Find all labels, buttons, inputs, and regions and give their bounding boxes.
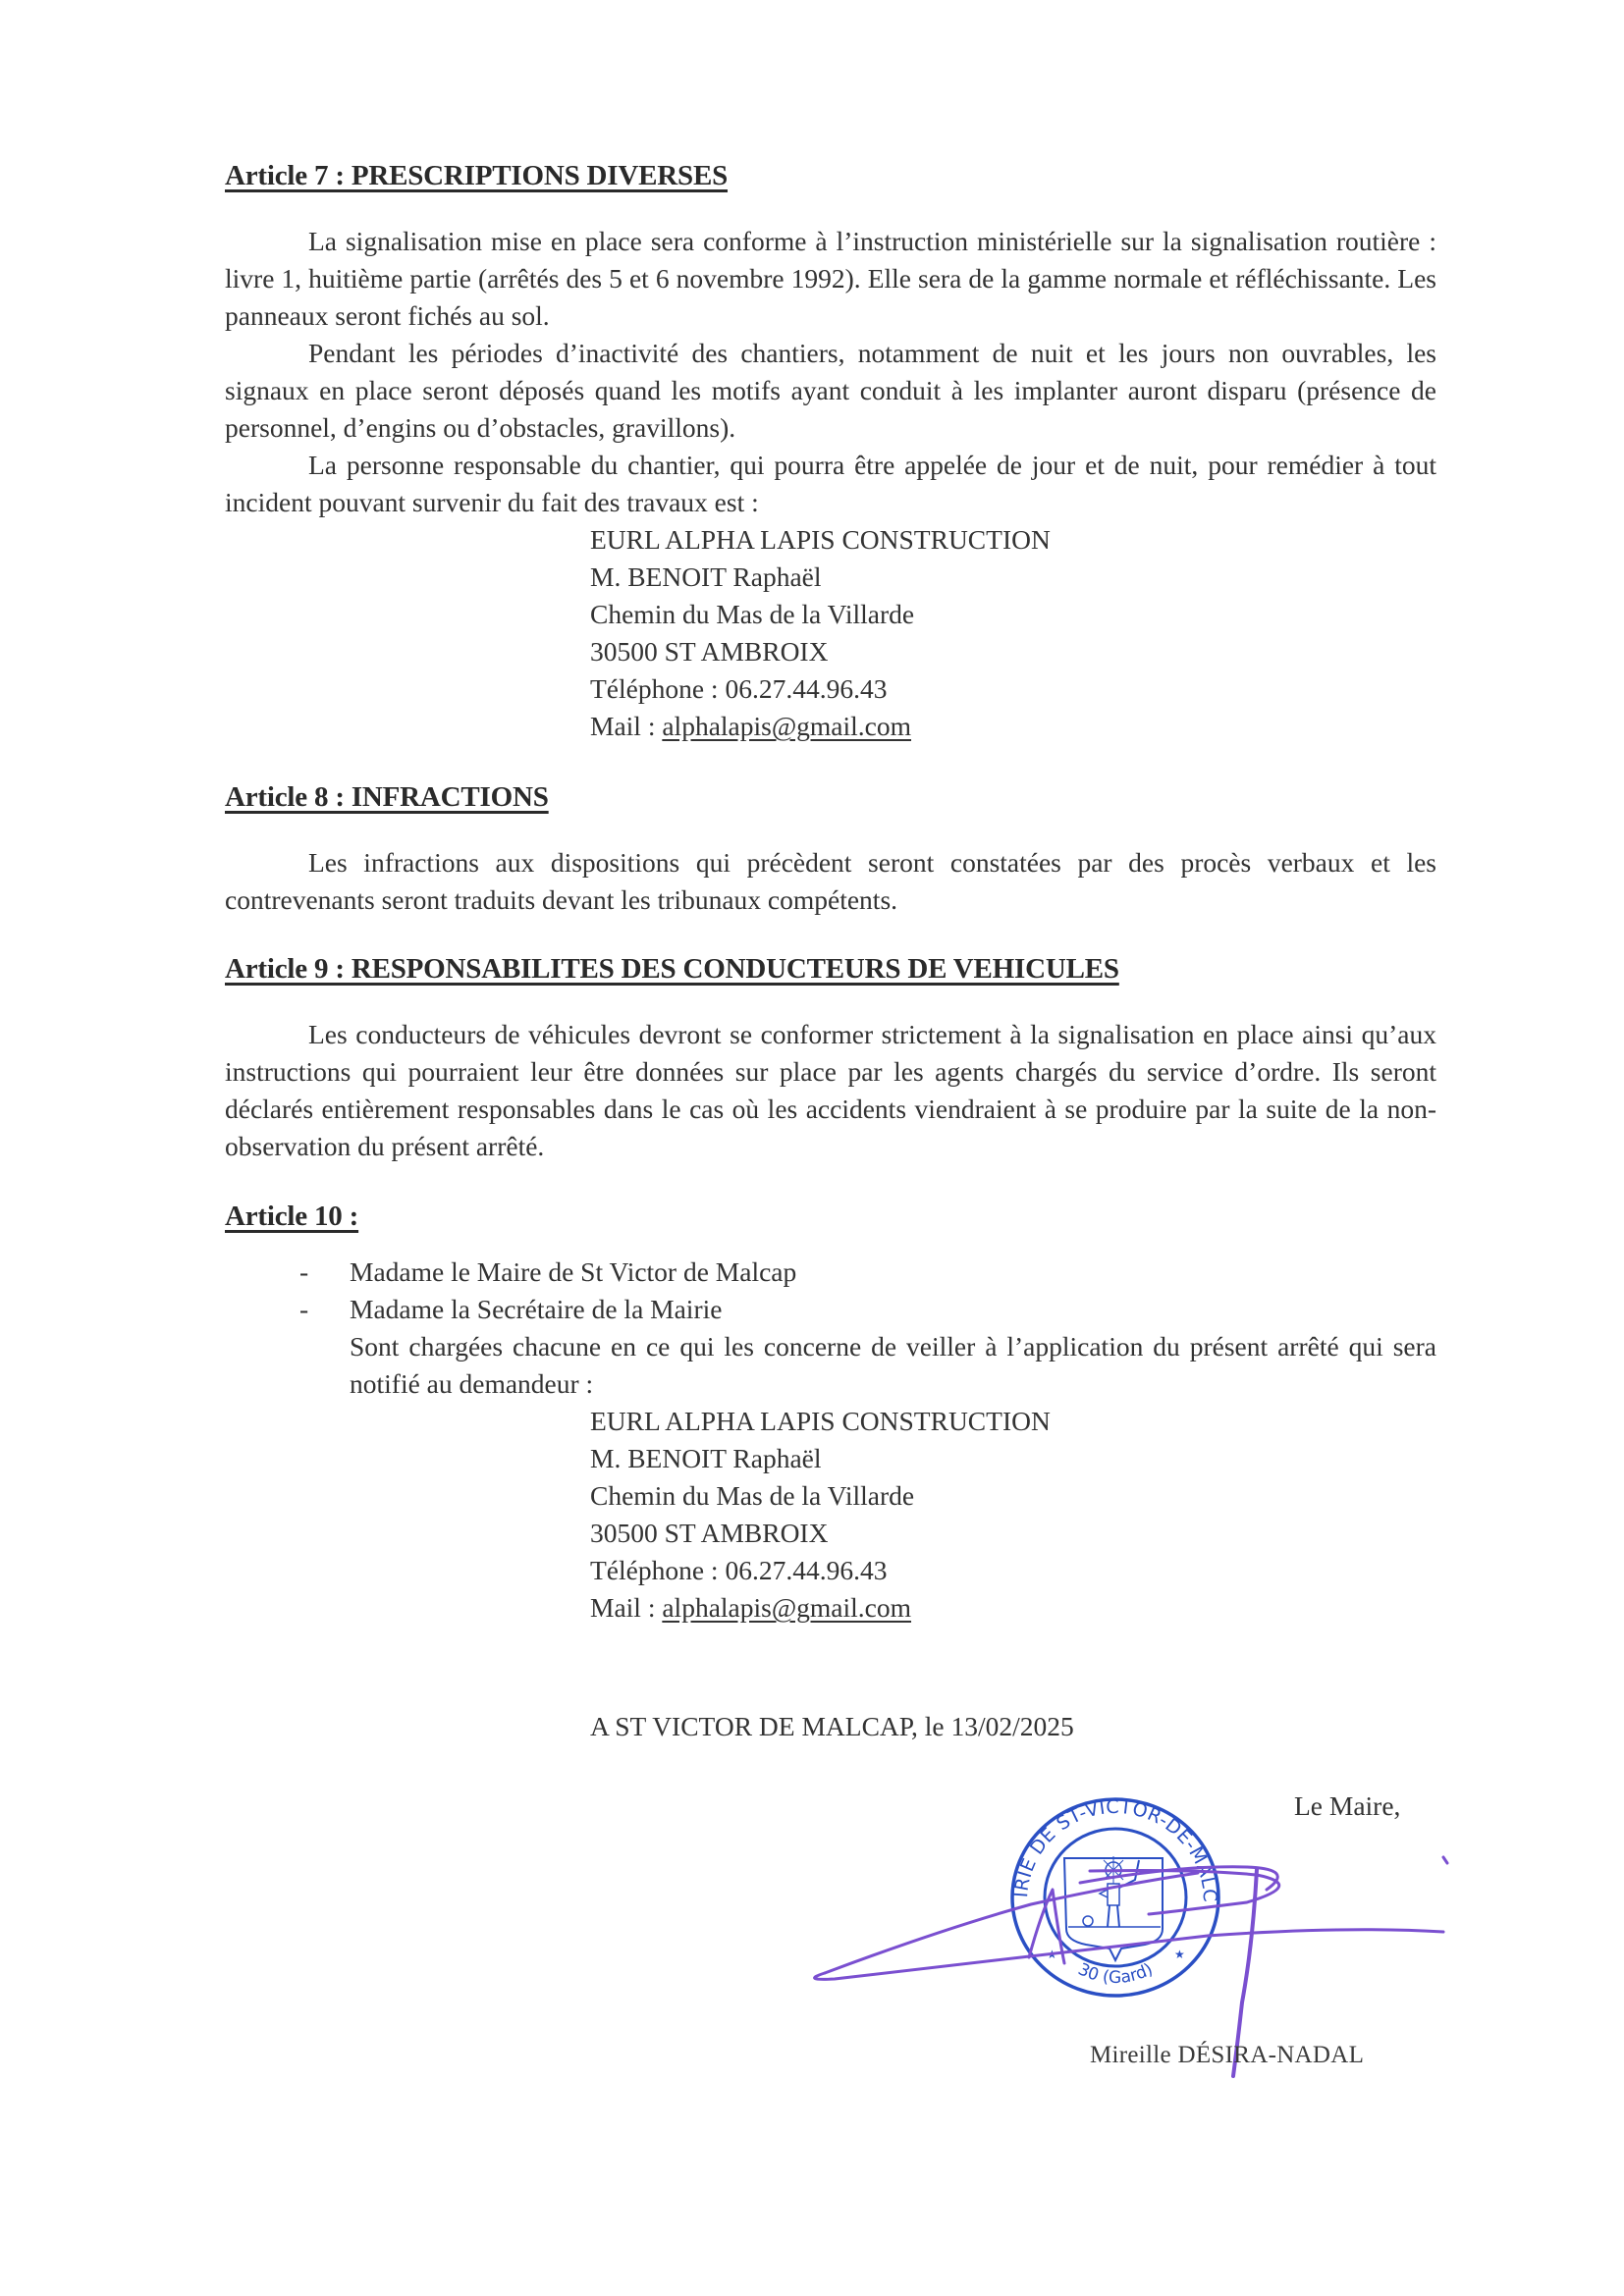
list-item-text: Madame le Maire de St Victor de Malcap bbox=[350, 1256, 796, 1287]
document-page: Article 7 : PRESCRIPTIONS DIVERSES La si… bbox=[0, 0, 1624, 2296]
contact-person: M. BENOIT Raphaël bbox=[590, 1440, 1051, 1477]
contact-company: EURL ALPHA LAPIS CONSTRUCTION bbox=[590, 1403, 1051, 1440]
article-10-tail: Sont chargées chacune en ce qui les conc… bbox=[225, 1328, 1436, 1403]
article-10-heading: Article 10 : bbox=[225, 1201, 358, 1233]
article-9-heading: Article 9 : RESPONSABILITES DES CONDUCTE… bbox=[225, 953, 1119, 986]
contact-mail-label: Mail : bbox=[590, 1592, 662, 1623]
contact-street: Chemin du Mas de la Villarde bbox=[590, 1477, 1051, 1515]
list-item-text: Madame la Secrétaire de la Mairie bbox=[350, 1294, 722, 1324]
mayor-title: Le Maire, bbox=[1294, 1788, 1400, 1825]
contact-mail-line: Mail : alphalapis@gmail.com bbox=[590, 1589, 1051, 1627]
contact-mail-link[interactable]: alphalapis@gmail.com bbox=[662, 1592, 911, 1623]
contact-phone: Téléphone : 06.27.44.96.43 bbox=[590, 670, 1051, 708]
list-item: - Madame le Maire de St Victor de Malcap bbox=[225, 1254, 1436, 1291]
signatory-name: Mireille DÉSIRA-NADAL bbox=[1090, 2039, 1364, 2072]
article-7-paragraph-2: Pendant les périodes d’inactivité des ch… bbox=[225, 335, 1436, 447]
article-8-paragraph: Les infractions aux dispositions qui pré… bbox=[225, 844, 1436, 919]
contact-city: 30500 ST AMBROIX bbox=[590, 1515, 1051, 1552]
contact-company: EURL ALPHA LAPIS CONSTRUCTION bbox=[590, 521, 1051, 559]
contact-phone: Téléphone : 06.27.44.96.43 bbox=[590, 1552, 1051, 1589]
contact-mail-label: Mail : bbox=[590, 711, 662, 741]
contact-mail-line: Mail : alphalapis@gmail.com bbox=[590, 708, 1051, 745]
article-7-paragraph-3: La personne responsable du chantier, qui… bbox=[225, 447, 1436, 521]
article-10-responsibles-list: - Madame le Maire de St Victor de Malcap… bbox=[225, 1254, 1436, 1403]
article-7-paragraph-1: La signalisation mise en place sera conf… bbox=[225, 223, 1436, 335]
contact-city: 30500 ST AMBROIX bbox=[590, 633, 1051, 670]
bullet-dash: - bbox=[299, 1291, 308, 1328]
article-8-heading: Article 8 : INFRACTIONS bbox=[225, 781, 549, 814]
list-item: - Madame la Secrétaire de la Mairie bbox=[225, 1291, 1436, 1328]
responsible-contact-block: EURL ALPHA LAPIS CONSTRUCTION M. BENOIT … bbox=[590, 521, 1051, 745]
article-9-paragraph: Les conducteurs de véhicules devront se … bbox=[225, 1016, 1436, 1165]
contact-person: M. BENOIT Raphaël bbox=[590, 559, 1051, 596]
applicant-contact-block: EURL ALPHA LAPIS CONSTRUCTION M. BENOIT … bbox=[590, 1403, 1051, 1627]
bullet-dash: - bbox=[299, 1254, 308, 1291]
contact-street: Chemin du Mas de la Villarde bbox=[590, 596, 1051, 633]
contact-mail-link[interactable]: alphalapis@gmail.com bbox=[662, 711, 911, 741]
article-7-heading: Article 7 : PRESCRIPTIONS DIVERSES bbox=[225, 160, 728, 192]
place-and-date: A ST VICTOR DE MALCAP, le 13/02/2025 bbox=[590, 1708, 1074, 1745]
